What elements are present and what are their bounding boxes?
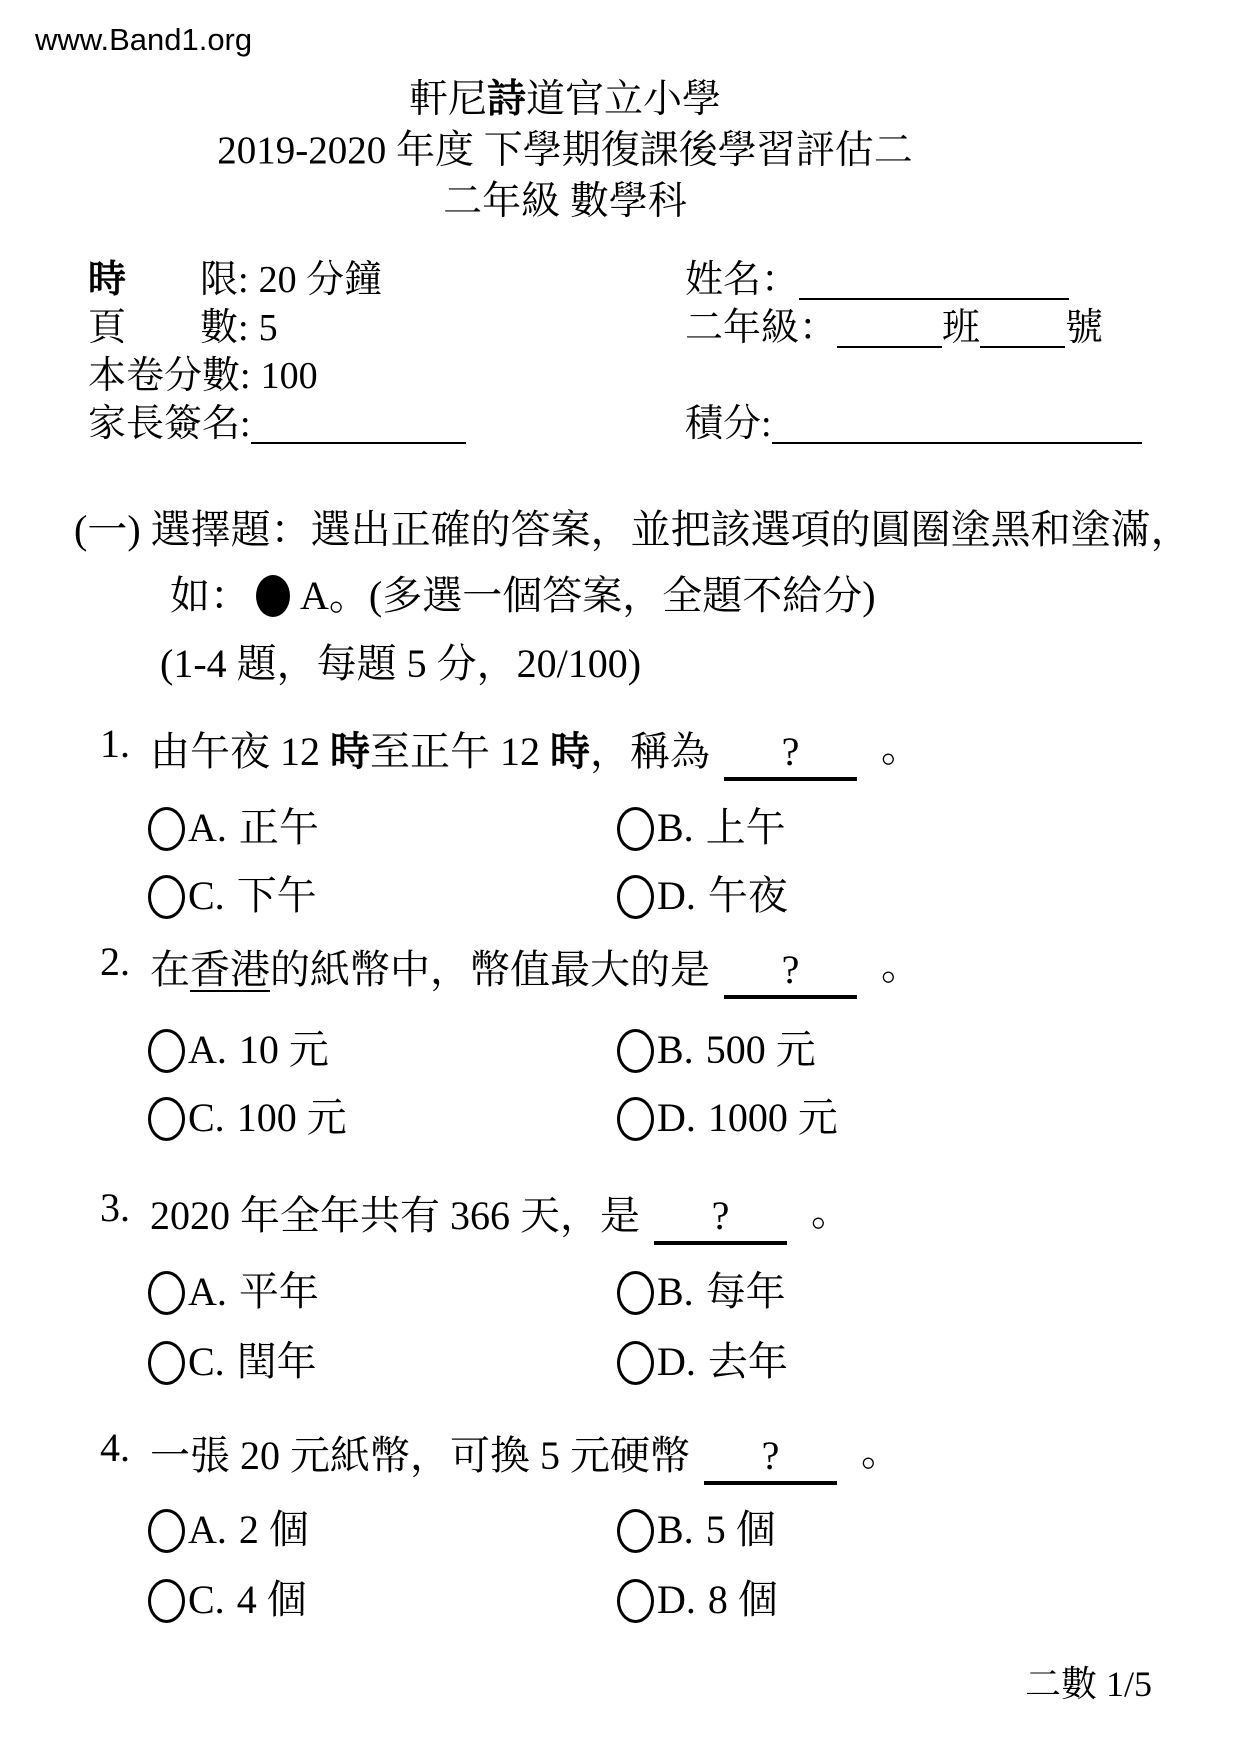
q2-option-d[interactable]: D.1000 元 <box>617 1086 838 1143</box>
class-label: 二年級： <box>685 307 837 349</box>
option-text: 500 元 <box>706 1027 816 1072</box>
spacer-row <box>685 352 1142 400</box>
answer-bubble[interactable] <box>148 1029 185 1073</box>
answer-bubble[interactable] <box>617 1509 654 1553</box>
full-stop: 。 <box>881 943 921 988</box>
option-label: B. <box>657 1027 694 1072</box>
answer-bubble[interactable] <box>617 1579 654 1623</box>
page-count-label-a: 頁 <box>88 307 126 349</box>
total-score-row: 本卷分數:100 <box>88 352 466 400</box>
question-text: 在香港的紙幣中，幣值最大的是?。 <box>150 938 921 999</box>
exam-info-left: 時限:20 分鐘 頁數:5 本卷分數:100 家長簽名: <box>88 256 466 448</box>
q1-option-b[interactable]: B.上午 <box>617 796 786 853</box>
student-name-label: 姓名： <box>685 259 799 301</box>
school-name-pre: 軒尼 <box>409 78 487 121</box>
parent-signature-row: 家長簽名: <box>88 400 466 448</box>
school-name-bold: 詩 <box>487 78 526 121</box>
question-number: 2. <box>100 938 130 985</box>
question-text: 一張 20 元紙幣，可換 5 元硬幣?。 <box>150 1424 901 1485</box>
q2-option-c[interactable]: C.100 元 <box>148 1086 347 1143</box>
option-text: 10 元 <box>239 1027 329 1072</box>
answer-blank[interactable]: ? <box>724 946 857 999</box>
answer-bubble[interactable] <box>617 1029 654 1073</box>
time-limit-row: 時限:20 分鐘 <box>88 256 466 304</box>
class-field[interactable] <box>837 346 942 348</box>
option-label: A. <box>188 1269 227 1314</box>
option-text: 平年 <box>239 1269 319 1314</box>
exam-info-right: 姓名： 二年級：班號 積分: <box>685 256 1142 448</box>
full-stop: 。 <box>811 1189 851 1234</box>
answer-blank[interactable]: ? <box>724 728 857 781</box>
school-name: 軒尼詩道官立小學 <box>0 74 1130 125</box>
option-label: B. <box>657 1507 694 1552</box>
number-suffix: 號 <box>1065 307 1103 349</box>
option-text: 8 個 <box>708 1577 778 1622</box>
instruction-line-2: 如：A。(多選一個答案，全題不給分) <box>170 564 876 621</box>
q1-option-c[interactable]: C.下午 <box>148 864 317 921</box>
option-text: 1000 元 <box>708 1095 838 1140</box>
filled-bubble-icon <box>256 575 290 617</box>
option-text: 下午 <box>237 873 317 918</box>
instruction-example-post: A。(多選一個答案，全題不給分) <box>300 573 876 618</box>
q2-option-a[interactable]: A.10 元 <box>148 1018 329 1075</box>
question-text: 2020 年全年共有 366 天，是?。 <box>150 1184 851 1245</box>
option-text: 午夜 <box>708 873 788 918</box>
q4-option-d[interactable]: D.8 個 <box>617 1568 778 1625</box>
answer-bubble[interactable] <box>148 1271 185 1315</box>
total-score-label: 本卷分數: <box>88 355 251 397</box>
q3-option-c[interactable]: C.閏年 <box>148 1330 317 1387</box>
answer-bubble[interactable] <box>148 1509 185 1553</box>
full-stop: 。 <box>881 725 921 770</box>
exam-page: { "watermark": "www.Band1.org", "header"… <box>0 0 1240 1754</box>
student-number-field[interactable] <box>980 346 1065 348</box>
q4-option-c[interactable]: C.4 個 <box>148 1568 307 1625</box>
answer-bubble[interactable] <box>148 875 185 919</box>
exam-header: 軒尼詩道官立小學 2019-2020 年度 下學期復課後學習評估二 二年級 數學… <box>0 74 1130 227</box>
student-name-field[interactable] <box>799 298 1069 300</box>
question-segment: 在 <box>150 947 190 992</box>
answer-bubble[interactable] <box>148 1579 185 1623</box>
instruction-line-3: (1-4 題，每題 5 分，20/100) <box>160 632 641 689</box>
question-number: 3. <box>100 1184 130 1231</box>
q4-option-b[interactable]: B.5 個 <box>617 1498 776 1555</box>
answer-bubble[interactable] <box>148 1341 185 1385</box>
student-name-row: 姓名： <box>685 256 1142 304</box>
q3-option-b[interactable]: B.每年 <box>617 1260 786 1317</box>
class-number-row: 二年級：班號 <box>685 304 1142 352</box>
exam-title: 2019-2020 年度 下學期復課後學習評估二 <box>0 125 1130 176</box>
total-score-value: 100 <box>261 355 318 397</box>
question-number: 4. <box>100 1424 130 1471</box>
time-limit-value: 20 分鐘 <box>259 259 383 301</box>
option-label: D. <box>657 1095 696 1140</box>
q1-option-d[interactable]: D.午夜 <box>617 864 788 921</box>
answer-blank[interactable]: ? <box>704 1432 837 1485</box>
question-segment: 至正午 12 <box>370 729 550 774</box>
q2-option-b[interactable]: B.500 元 <box>617 1018 816 1075</box>
site-watermark: www.Band1.org <box>35 22 252 58</box>
page-count-value: 5 <box>259 307 278 349</box>
points-field[interactable] <box>772 442 1142 444</box>
points-label: 積分: <box>685 403 772 445</box>
q4-option-a[interactable]: A.2 個 <box>148 1498 309 1555</box>
question-number: 1. <box>100 720 130 767</box>
option-label: C. <box>188 1339 225 1384</box>
answer-bubble[interactable] <box>148 1097 185 1141</box>
question-segment: 的紙幣中，幣值最大的是 <box>270 947 710 992</box>
option-label: D. <box>657 1577 696 1622</box>
option-text: 閏年 <box>237 1339 317 1384</box>
option-label: C. <box>188 1095 225 1140</box>
q3-option-a[interactable]: A.平年 <box>148 1260 319 1317</box>
answer-bubble[interactable] <box>148 807 185 851</box>
class-suffix: 班 <box>942 307 980 349</box>
time-limit-label-bold: 時 <box>88 259 126 301</box>
option-label: C. <box>188 873 225 918</box>
points-row: 積分: <box>685 400 1142 448</box>
question-segment: 由午夜 12 <box>150 729 330 774</box>
option-text: 100 元 <box>237 1095 347 1140</box>
option-text: 每年 <box>706 1269 786 1314</box>
school-name-post: 道官立小學 <box>526 78 721 121</box>
answer-bubble[interactable] <box>617 1271 654 1315</box>
option-label: A. <box>188 805 227 850</box>
option-label: D. <box>657 873 696 918</box>
time-limit-label: 限: <box>200 259 249 301</box>
full-stop: 。 <box>861 1429 901 1474</box>
question-segment-underlined: 香港 <box>190 947 270 992</box>
option-label: B. <box>657 1269 694 1314</box>
parent-signature-label: 家長簽名: <box>88 403 251 445</box>
question-segment-bold: 時 <box>550 729 590 774</box>
question-segment: 2020 年全年共有 366 天，是 <box>150 1193 640 1238</box>
option-text: 上午 <box>706 805 786 850</box>
instruction-example-pre: 如： <box>170 573 250 618</box>
option-label: B. <box>657 805 694 850</box>
question-segment: ，稱為 <box>590 729 710 774</box>
question-text: 由午夜 12 時至正午 12 時，稱為?。 <box>150 720 921 781</box>
option-text: 2 個 <box>239 1507 309 1552</box>
question-segment-bold: 時 <box>330 729 370 774</box>
page-count-row: 頁數:5 <box>88 304 466 352</box>
answer-bubble[interactable] <box>617 1341 654 1385</box>
option-label: C. <box>188 1577 225 1622</box>
grade-subject: 二年級 數學科 <box>0 176 1130 227</box>
answer-blank[interactable]: ? <box>654 1192 787 1245</box>
answer-bubble[interactable] <box>617 807 654 851</box>
q1-option-a[interactable]: A.正午 <box>148 796 319 853</box>
option-text: 4 個 <box>237 1577 307 1622</box>
option-label: A. <box>188 1027 227 1072</box>
parent-signature-field[interactable] <box>251 442 466 444</box>
answer-bubble[interactable] <box>617 1097 654 1141</box>
option-text: 去年 <box>708 1339 788 1384</box>
answer-bubble[interactable] <box>617 875 654 919</box>
question-segment: 一張 20 元紙幣，可換 5 元硬幣 <box>150 1433 690 1478</box>
page-footer: 二數 1/5 <box>1025 1656 1152 1707</box>
page-count-label-b: 數: <box>200 307 249 349</box>
instruction-line-1: (一) 選擇題：選出正確的答案，並把該選項的圓圈塗黑和塗滿， <box>74 498 1191 555</box>
q3-option-d[interactable]: D.去年 <box>617 1330 788 1387</box>
option-label: D. <box>657 1339 696 1384</box>
option-text: 正午 <box>239 805 319 850</box>
option-label: A. <box>188 1507 227 1552</box>
option-text: 5 個 <box>706 1507 776 1552</box>
